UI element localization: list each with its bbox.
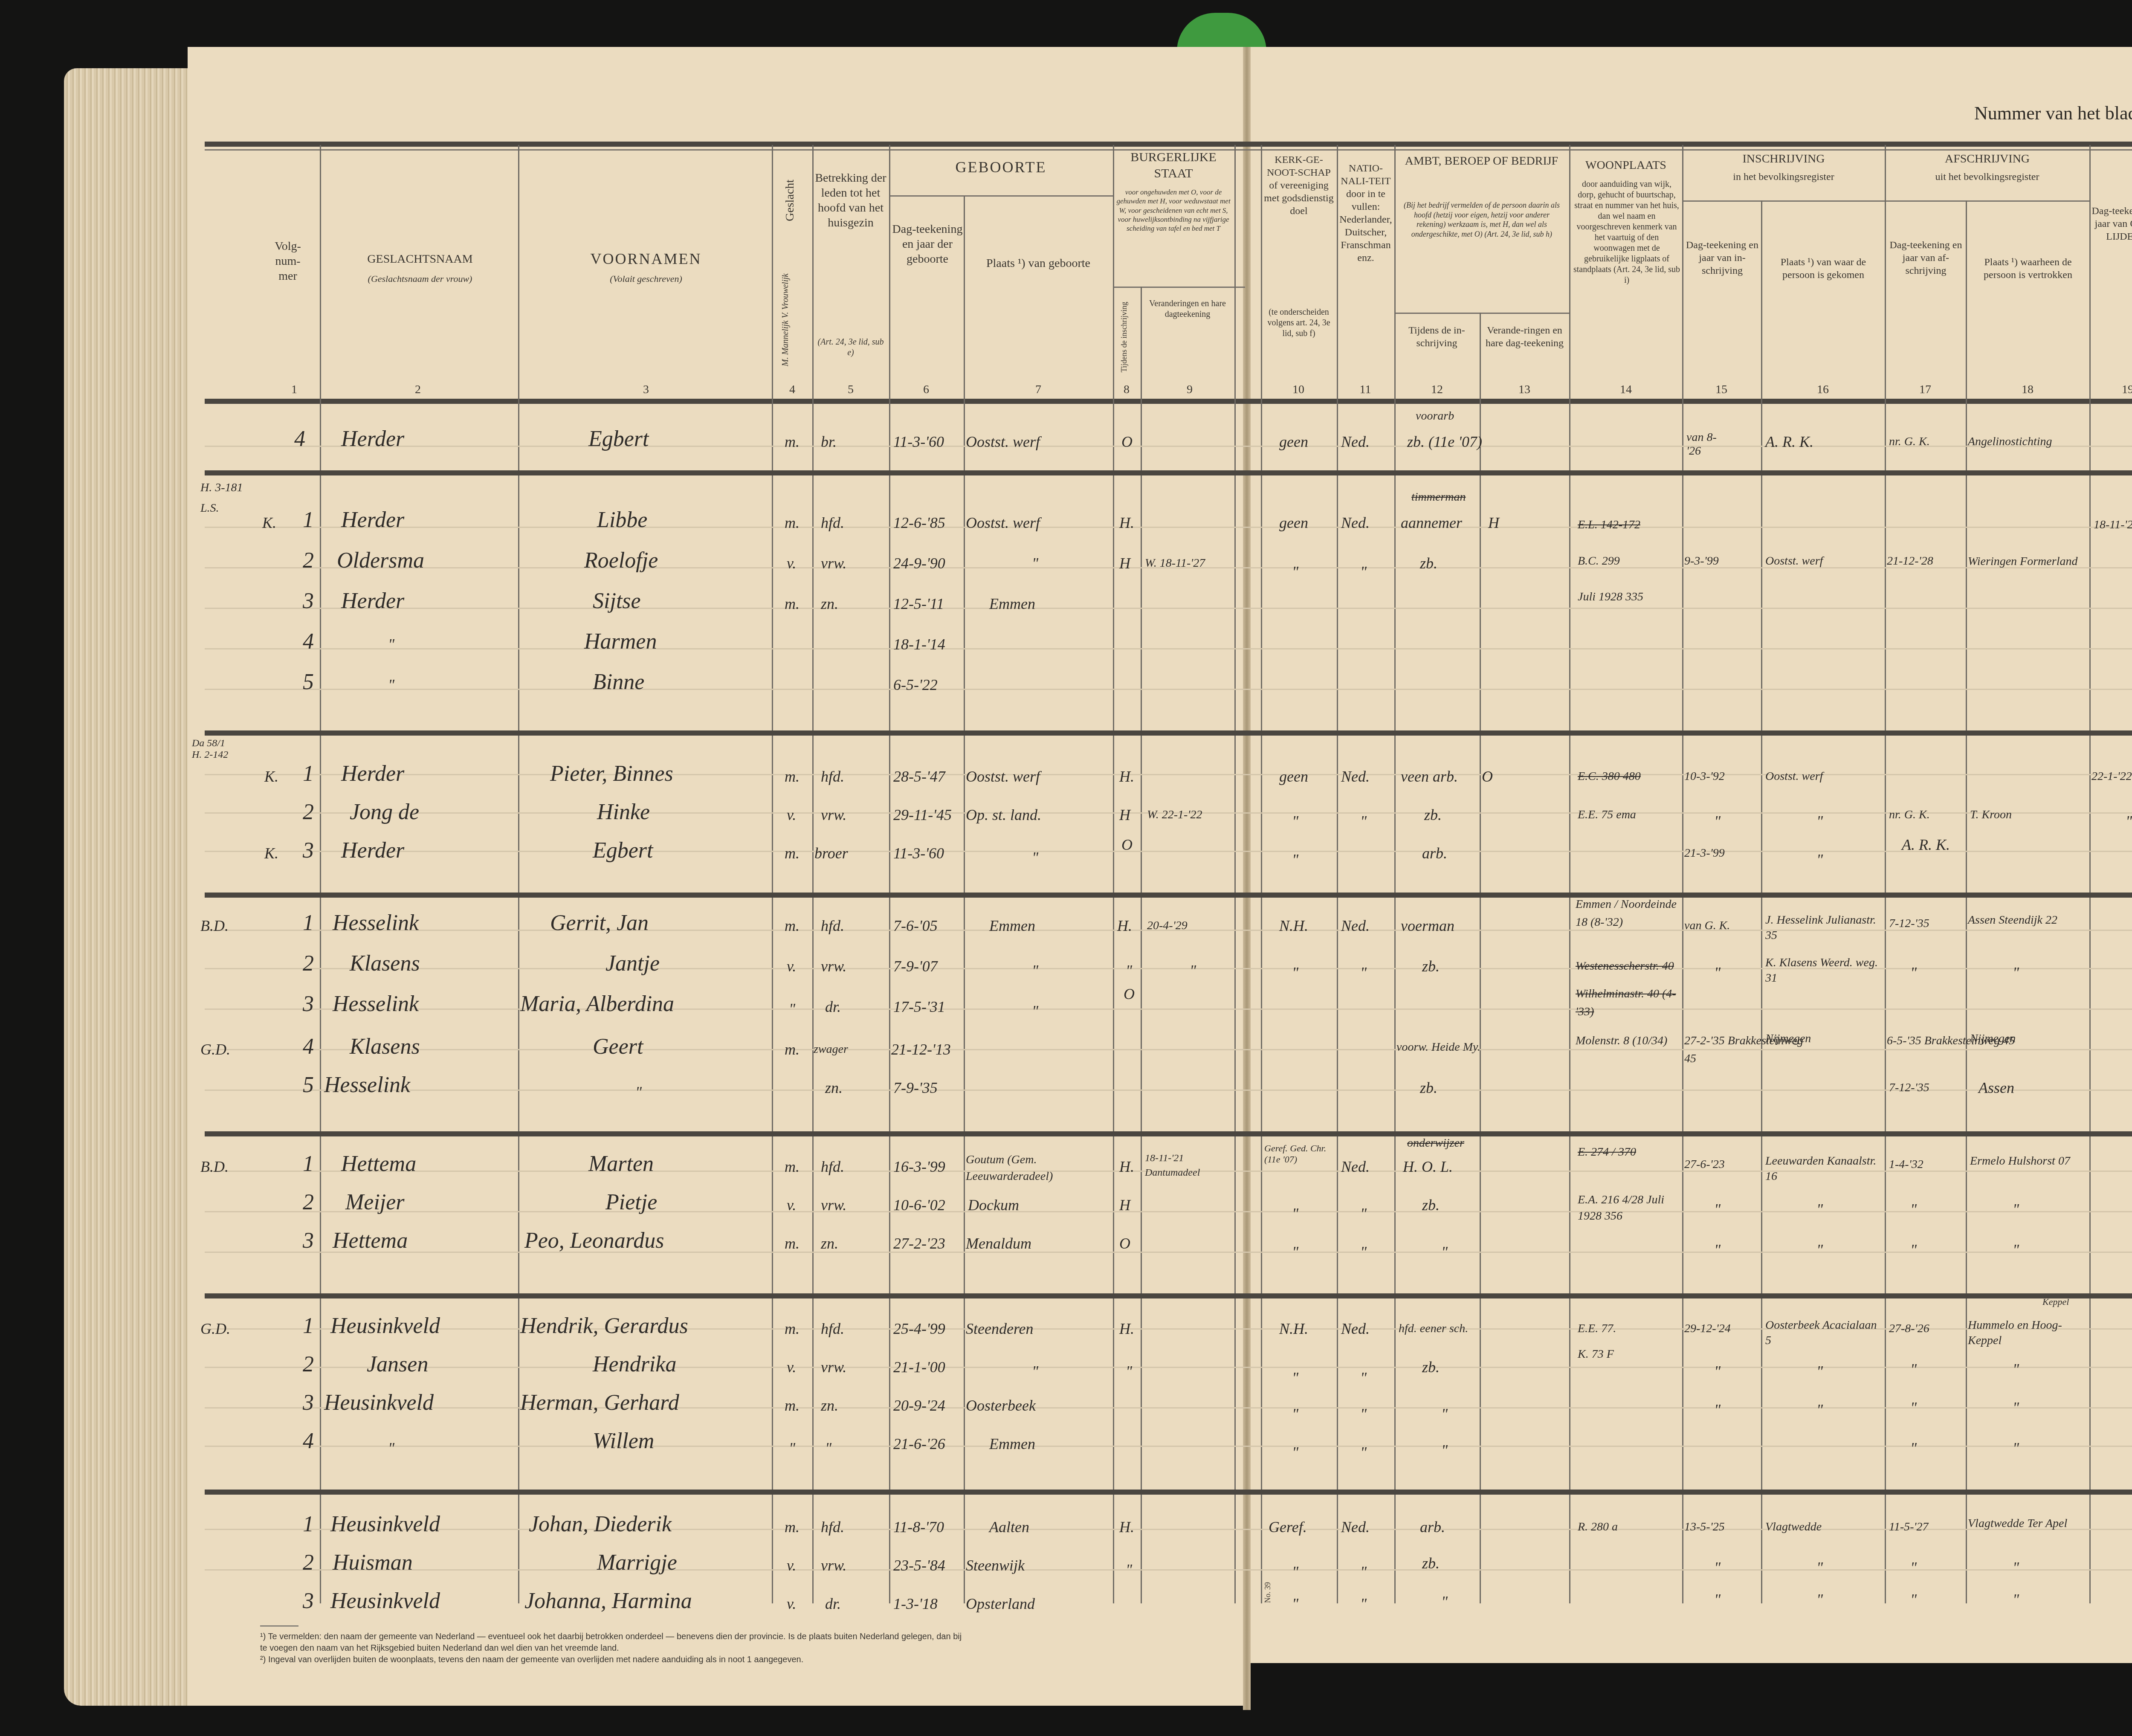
civil-status: H. <box>1117 917 1132 935</box>
moved-to: Vlagtwedde Ter Apel <box>1968 1516 2087 1531</box>
col-divider <box>889 145 890 1603</box>
colnum-12: 12 <box>1424 383 1450 397</box>
relation: broer <box>814 844 848 862</box>
header-col-6: Dag-teekening en jaar der geboorte <box>891 222 964 267</box>
address: Westenesscherstr. 40 <box>1576 959 1674 973</box>
header-inschrijving-sub: in het bevolkingsregister <box>1683 171 1884 183</box>
col-divider <box>1885 145 1886 1603</box>
birth-date: 7-9-'07 <box>893 957 938 975</box>
civil-status: H <box>1119 806 1130 824</box>
came-from: Oostst. werf <box>1765 770 1823 783</box>
came-from: Oostst. werf <box>1765 554 1823 568</box>
address: E.C. 380 480 <box>1578 770 1641 783</box>
colnum-7: 7 <box>1025 383 1051 397</box>
civil-change: W. 22-1-'22 <box>1147 808 1202 822</box>
civil-status: O <box>1124 985 1135 1003</box>
relation: zn. <box>821 1397 838 1414</box>
moved-to: " <box>2013 1559 2019 1577</box>
row-number: 1 <box>303 761 314 786</box>
col-divider <box>1337 145 1338 1603</box>
header-afschrijving: AFSCHRIJVING <box>1886 151 2089 166</box>
moved-to: " <box>2013 1439 2019 1457</box>
relation: hfd. <box>821 1158 844 1176</box>
nationality: " <box>1360 563 1367 581</box>
registration-date: " <box>1714 812 1721 830</box>
address: K. 73 F <box>1578 1348 1614 1361</box>
nationality: Ned. <box>1341 1518 1370 1536</box>
colnum-18: 18 <box>2015 383 2040 397</box>
row-prefix: K. <box>264 844 278 862</box>
header-burgerlijke-staat-note: voor ongehuwden met O, voor de gehuwden … <box>1114 188 1233 233</box>
church: " <box>1292 1443 1298 1461</box>
nationality: " <box>1360 1443 1367 1461</box>
row-number: 5 <box>303 669 314 695</box>
colnum-17: 17 <box>1912 383 1938 397</box>
church: " <box>1292 851 1298 869</box>
col-divider <box>320 145 321 1603</box>
sex: " <box>789 1000 795 1018</box>
church: " <box>1292 1243 1298 1261</box>
writing-line <box>205 1569 2132 1571</box>
birth-place: Emmen <box>989 595 1035 613</box>
church: Geref. Ged. Chr. (11e '07) <box>1264 1143 1335 1165</box>
birth-date: 18-1-'14 <box>893 635 945 653</box>
church: " <box>1292 1205 1298 1223</box>
sheet-number-label: Nummer van het blad <box>1974 102 2132 124</box>
relation: vrw. <box>821 1556 846 1574</box>
birth-place: " <box>1032 1362 1038 1380</box>
surname: Heusinkveld <box>330 1313 440 1339</box>
nationality: " <box>1360 1243 1367 1261</box>
afschrijving-subrule <box>1885 200 2089 202</box>
row-number: 1 <box>303 1151 314 1177</box>
surname: Heusinkveld <box>330 1512 440 1537</box>
col-divider <box>1682 145 1683 1603</box>
came-from: " <box>1816 1559 1823 1577</box>
writing-line <box>205 1367 2132 1368</box>
relation: hfd. <box>821 1518 844 1536</box>
header-col-11: NATIO-NALI-TEIT door in te vullen: Neder… <box>1338 162 1393 264</box>
address: E.E. 77. <box>1578 1322 1616 1336</box>
sex: v. <box>787 957 796 975</box>
surname: Heusinkveld <box>330 1588 440 1614</box>
relation: vrw. <box>821 1196 846 1214</box>
row-number: 3 <box>303 588 314 614</box>
family-separator <box>205 1490 2132 1495</box>
address: E. 274 / 370 <box>1578 1143 1676 1162</box>
writing-line <box>205 1529 2132 1530</box>
page-stack-left-edge <box>64 68 188 1706</box>
church: " <box>1292 1405 1298 1423</box>
deregistration-date: " <box>1910 964 1917 982</box>
birth-date: 17-5-'31 <box>893 998 945 1016</box>
occupation: zb. <box>1420 1079 1437 1097</box>
occupation-change: O <box>1482 768 1493 785</box>
registration-date: 29-12-'24 <box>1684 1322 1731 1336</box>
address: E.E. 75 ema <box>1578 808 1636 822</box>
moved-to: " <box>2013 1591 2019 1608</box>
birth-date: 12-6-'85 <box>893 514 945 532</box>
moved-to: " <box>2013 1399 2019 1417</box>
birth-place: Oostst. werf <box>966 514 1040 532</box>
occupation: zb. <box>1422 1196 1440 1214</box>
occupation: hfd. eener sch. <box>1399 1322 1468 1336</box>
birth-date: 24-9-'90 <box>893 554 945 572</box>
nationality: " <box>1360 1205 1367 1223</box>
church: " <box>1292 563 1298 581</box>
moved-to: " <box>2013 1241 2019 1259</box>
header-col-3: VOORNAMEN <box>520 249 772 269</box>
moved-to: Wieringen Formerland <box>1968 554 2087 569</box>
sex: m. <box>785 514 799 532</box>
occupation: aannemer <box>1401 514 1462 532</box>
sex: " <box>789 1439 795 1457</box>
registration-date: 21-3-'99 <box>1684 846 1725 860</box>
header-top-rule <box>205 142 2132 147</box>
header-col-4-sub: M. Mannelijk V. Vrouwelijk <box>780 256 791 384</box>
col-divider <box>964 196 965 1603</box>
relation: zn. <box>821 1235 838 1252</box>
nationality: Ned. <box>1341 768 1370 785</box>
col-divider <box>1234 145 1236 1603</box>
occupation: " <box>1441 1243 1448 1261</box>
occupation: " <box>1441 1405 1448 1423</box>
occupation-change: H <box>1488 514 1499 532</box>
footnote-rule <box>260 1626 298 1626</box>
deregistration-date: nr. G. K. <box>1889 808 1930 822</box>
row-number: 2 <box>303 800 314 825</box>
occupation: zb. <box>1422 1554 1440 1572</box>
address: E.L. 142-172 <box>1578 518 1640 532</box>
writing-line <box>205 689 2132 690</box>
header-col-8: Tijdens de inschrijving <box>1119 299 1129 375</box>
relation: hfd. <box>821 768 844 785</box>
surname: Herder <box>341 838 404 863</box>
row-number: 3 <box>303 991 314 1017</box>
address: R. 280 a <box>1578 1520 1618 1534</box>
birth-date: 7-6-'05 <box>893 917 938 935</box>
came-from: " <box>1816 1591 1823 1608</box>
occupation: zb. <box>1420 554 1437 572</box>
deregistration-date: " <box>1910 1200 1917 1218</box>
sex: v. <box>787 554 796 572</box>
row-number: 3 <box>303 838 314 863</box>
nationality: Ned. <box>1341 433 1370 451</box>
row-number: 4 <box>303 629 314 654</box>
registration-date: " <box>1714 1200 1721 1218</box>
col-divider <box>1394 145 1396 1603</box>
birth-place: Menaldum <box>966 1235 1031 1252</box>
header-col-1: Volg- num- mer <box>256 239 320 284</box>
sex: v. <box>787 1556 796 1574</box>
surname: Huisman <box>333 1550 413 1575</box>
birth-date: 25-4-'99 <box>893 1320 945 1338</box>
relation: vrw. <box>821 1358 846 1376</box>
nationality: Ned. <box>1341 1158 1370 1176</box>
colnum-14: 14 <box>1613 383 1639 397</box>
occupation: veen arb. <box>1401 768 1458 785</box>
header-col-18: Plaats ¹) waarheen de persoon is vertrok… <box>1968 256 2088 281</box>
occupation: zb. <box>1424 806 1442 824</box>
sex: m. <box>785 1158 799 1176</box>
nationality: " <box>1360 812 1367 830</box>
colnum-13: 13 <box>1512 383 1537 397</box>
sex: v. <box>787 1595 796 1613</box>
sex: v. <box>787 1196 796 1214</box>
birth-place: Steenwijk <box>966 1556 1025 1574</box>
given-names: Pietje <box>605 1190 657 1215</box>
relation: br. <box>821 433 837 451</box>
header-col-14-sub: door aanduiding van wijk, dorp, gehucht … <box>1573 179 1680 286</box>
given-names: Egbert <box>593 838 653 863</box>
row-number: 5 <box>303 1072 314 1098</box>
given-names: Gerrit, Jan <box>550 910 649 936</box>
came-from: Nijmegen <box>1765 1032 1811 1046</box>
row-prefix: B.D. <box>200 1158 229 1176</box>
relation: zwager <box>814 1043 848 1056</box>
church: Geref. <box>1269 1518 1307 1536</box>
given-names: " <box>635 1083 642 1101</box>
row-number: 2 <box>303 1550 314 1575</box>
occupation-struck: timmerman <box>1411 490 1466 504</box>
birth-date: 29-11-'45 <box>893 806 952 824</box>
header-col-16: Plaats ¹) van waar de persoon is gekomen <box>1763 256 1883 281</box>
birth-place: Op. st. land. <box>966 806 1041 824</box>
deregistration-date: 1-4-'32 <box>1889 1158 1923 1171</box>
surname: " <box>388 676 394 694</box>
birth-place: Steenderen <box>966 1320 1034 1338</box>
given-names: Geert <box>593 1034 643 1059</box>
moved-to: Assen Steendijk 22 <box>1968 913 2087 928</box>
row-number: 1 <box>303 1512 314 1537</box>
came-from: " <box>1816 812 1823 830</box>
header-col-9: Veranderingen en hare dagteekening <box>1143 299 1232 320</box>
civil-status: H. <box>1119 1158 1134 1176</box>
row-number: 2 <box>303 951 314 976</box>
surname: Klasens <box>350 1034 420 1059</box>
registration-date: " <box>1714 1401 1721 1419</box>
col-divider <box>1966 200 1967 1603</box>
given-names: Hendrika <box>593 1352 676 1377</box>
sex: m. <box>785 917 799 935</box>
came-from: Vlagtwedde <box>1765 1520 1822 1534</box>
colnum-4: 4 <box>779 383 805 397</box>
surname: Jansen <box>367 1352 428 1377</box>
birth-place: Goutum (Gem. Leeuwarderadeel) <box>966 1151 1111 1185</box>
colnum-8: 8 <box>1114 383 1139 397</box>
address: Juli 1928 335 <box>1578 586 1676 608</box>
address: Molenstr. 8 (10/34) <box>1576 1032 1678 1050</box>
row-prefix: G.D. <box>200 1040 230 1058</box>
civil-status: H. <box>1119 1320 1134 1338</box>
civil-status: " <box>1126 962 1132 980</box>
surname: Hettema <box>341 1151 416 1177</box>
church: geen <box>1279 433 1308 451</box>
colnum-3: 3 <box>633 383 659 397</box>
registration-date: " <box>1714 1559 1721 1577</box>
came-from: Oosterbeek Acacialaan 5 <box>1765 1318 1885 1349</box>
nationality: " <box>1360 964 1367 982</box>
birth-date: 16-3-'99 <box>893 1158 945 1176</box>
came-from: Leeuwarden Kanaalstr. 16 <box>1765 1153 1885 1185</box>
surname: Herder <box>341 426 404 452</box>
birth-date: 7-9-'35 <box>893 1079 938 1097</box>
col-divider <box>1480 313 1481 1603</box>
deregistration-date: 27-8-'26 <box>1889 1322 1929 1336</box>
header-col-15: Dag-teekening en jaar van in-schrijving <box>1684 239 1760 277</box>
registration-date: " <box>1714 1362 1721 1380</box>
surname: Herder <box>341 507 404 533</box>
writing-line <box>205 774 2132 775</box>
civil-status: O <box>1121 433 1133 451</box>
given-names: Peo, Leonardus <box>524 1228 664 1253</box>
colnum-10: 10 <box>1286 383 1311 397</box>
moved-to: Assen <box>1978 1079 2014 1097</box>
row-number: 3 <box>303 1588 314 1614</box>
given-names: Egbert <box>588 426 649 452</box>
row-number: 3 <box>303 1390 314 1415</box>
surname: Meijer <box>345 1190 405 1215</box>
church: geen <box>1279 768 1308 785</box>
deregistration-date: " <box>1910 1559 1917 1577</box>
row-prefix: K. <box>264 768 278 785</box>
civil-status: O <box>1119 1235 1130 1252</box>
birth-place: " <box>1032 962 1038 980</box>
occupation: zb. <box>1422 1358 1440 1376</box>
colnum-2: 2 <box>405 383 431 397</box>
birth-date: 12-5-'11 <box>893 595 944 613</box>
birth-date: 10-6-'02 <box>893 1196 945 1214</box>
occupation: arb. <box>1422 844 1447 862</box>
writing-line <box>205 1049 2132 1050</box>
came-from: K. Klasens Weerd. weg. 31 <box>1765 955 1885 986</box>
given-names: Marten <box>588 1151 654 1177</box>
registration-date: van G. K. <box>1684 919 1730 933</box>
birth-date: 11-3-'60 <box>893 844 944 862</box>
occupation: voorw. Heide My. <box>1396 1040 1480 1054</box>
surname: Klasens <box>350 951 420 976</box>
row-number: 4 <box>294 426 305 452</box>
birth-place: " <box>1032 849 1038 867</box>
birth-place: Emmen <box>989 1435 1035 1453</box>
surname: " <box>388 1439 394 1457</box>
civil-status: H <box>1119 554 1130 572</box>
deregistration-date: " <box>1910 1439 1917 1457</box>
moved-to: " <box>2013 1200 2019 1218</box>
col-divider <box>812 145 814 1603</box>
birth-date: 6-5-'22 <box>893 676 938 694</box>
birth-place: Oostst. werf <box>966 768 1040 785</box>
surname: Hesselink <box>324 1072 410 1098</box>
given-names: Johanna, Harmina <box>524 1588 692 1614</box>
colnum-6: 6 <box>913 383 939 397</box>
colnum-19: 19 <box>2115 383 2132 397</box>
birth-date: 21-1-'00 <box>893 1358 945 1376</box>
writing-line <box>205 1252 2132 1253</box>
civil-change: " <box>1190 962 1196 980</box>
church: geen <box>1279 514 1308 532</box>
writing-line <box>205 1211 2132 1212</box>
occupation-struck: voorarb <box>1416 409 1454 423</box>
geboorte-subrule <box>889 195 1113 197</box>
address: Emmen / Noordeinde 18 (8-'32) <box>1576 896 1678 931</box>
birth-date: 1-3-'18 <box>893 1595 938 1613</box>
birth-date: 28-5-'47 <box>893 768 945 785</box>
footnotes: ¹) Te vermelden: den naam der gemeente v… <box>260 1631 964 1666</box>
surname: Hettema <box>333 1228 408 1253</box>
given-names: Johan, Diederik <box>529 1512 672 1537</box>
family-separator <box>205 730 2132 736</box>
family-separator <box>205 893 2132 898</box>
moved-to: " <box>2013 964 2019 982</box>
row-number: 2 <box>303 548 314 573</box>
header-burgerlijke-staat: BURGERLIJKE STAAT <box>1114 149 1233 181</box>
colnum-9: 9 <box>1177 383 1202 397</box>
civil-status: " <box>1126 1561 1132 1579</box>
birth-place: Emmen <box>989 917 1035 935</box>
writing-line <box>205 1090 2132 1091</box>
occupation: voerman <box>1401 917 1454 935</box>
header-afschrijving-sub: uit het bevolkingsregister <box>1886 171 2089 183</box>
header-col-5-sub: (Art. 24, 3e lid, sub e) <box>814 337 887 358</box>
sex: m. <box>785 1320 799 1338</box>
death-date: " <box>2126 812 2132 830</box>
header-bottom-rule <box>205 399 2132 404</box>
col-divider <box>1141 287 1142 1603</box>
row-number: 2 <box>303 1190 314 1215</box>
civil-status: H. <box>1119 1518 1134 1536</box>
surname: Jong de <box>350 800 419 825</box>
inschrijving-subrule <box>1682 200 1885 202</box>
row-number: 1 <box>303 1313 314 1339</box>
came-from: " <box>1816 1362 1823 1380</box>
relation: vrw. <box>821 806 846 824</box>
bookmark-ribbon <box>1177 13 1266 51</box>
row-prefix: G.D. <box>200 1320 230 1338</box>
registration-date: 10-3-'92 <box>1684 770 1725 783</box>
deregistration-date: nr. G. K. <box>1889 435 1930 449</box>
nationality: " <box>1360 1563 1367 1581</box>
given-names: Marrigje <box>597 1550 677 1575</box>
row-number: 4 <box>303 1429 314 1454</box>
deregistration-date: 21-12-'28 <box>1887 554 1933 568</box>
row-number: 1 <box>303 910 314 936</box>
birth-date: 20-9-'24 <box>893 1397 945 1414</box>
came-from: " <box>1816 1241 1823 1259</box>
colnum-5: 5 <box>838 383 863 397</box>
sex: m. <box>785 595 799 613</box>
col-divider <box>2089 145 2091 1603</box>
family-separator <box>205 1293 2132 1298</box>
birth-place: Oosterbeek <box>966 1397 1036 1414</box>
birth-place: " <box>1032 1002 1038 1020</box>
writing-line <box>205 608 2132 609</box>
registration-date: 9-3-'99 <box>1684 554 1719 568</box>
moved-to-above: Keppel <box>2042 1296 2069 1307</box>
birth-date: 11-8-'70 <box>893 1518 944 1536</box>
writing-line <box>205 648 2132 649</box>
surname: Hesselink <box>333 910 419 936</box>
surname: Heusinkveld <box>324 1390 434 1415</box>
civil-change: 20-4-'29 <box>1147 919 1188 933</box>
col-divider <box>1113 145 1114 1603</box>
birth-date: 21-6-'26 <box>893 1435 945 1453</box>
nationality: Ned. <box>1341 514 1370 532</box>
church: " <box>1292 812 1298 830</box>
moved-to: Hummelo en Hoog-Keppel <box>1968 1318 2087 1349</box>
surname: " <box>388 635 394 653</box>
address: E.A. 216 4/28 Juli 1928 356 <box>1578 1192 1680 1224</box>
